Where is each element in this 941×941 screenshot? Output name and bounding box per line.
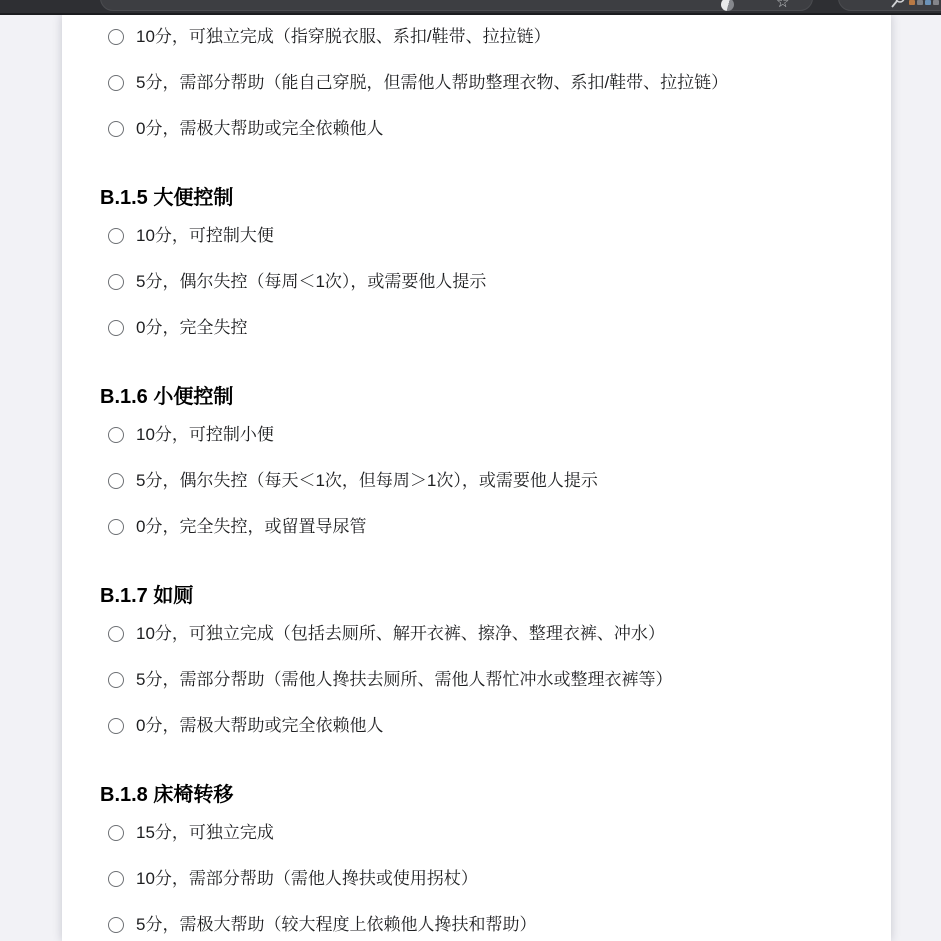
section-title: B.1.8 床椅转移 xyxy=(100,783,851,807)
question-section: B.1.6 小便控制 10分，可控制小便 5分，偶尔失控（每天＜1次，但每周＞1… xyxy=(100,385,851,538)
option-label: 5分，偶尔失控（每周＜1次），或需要他人提示 xyxy=(136,270,486,293)
browser-toolbar: ☆ xyxy=(0,0,941,15)
radio-button[interactable] xyxy=(108,825,124,841)
radio-button[interactable] xyxy=(108,473,124,489)
option-label: 5分，需极大帮助（较大程度上依赖他人搀扶和帮助） xyxy=(136,913,536,936)
option-label: 0分，需极大帮助或完全依赖他人 xyxy=(136,714,383,737)
option-row[interactable]: 10分，需部分帮助（需他人搀扶或使用拐杖） xyxy=(100,867,851,890)
option-label: 5分，需部分帮助（需他人搀扶去厕所、需他人帮忙冲水或整理衣裤等） xyxy=(136,668,672,691)
radio-button[interactable] xyxy=(108,626,124,642)
option-row[interactable]: 0分，需极大帮助或完全依赖他人 xyxy=(100,117,851,140)
option-label: 5分，偶尔失控（每天＜1次，但每周＞1次），或需要他人提示 xyxy=(136,469,598,492)
search-icon[interactable] xyxy=(890,0,906,14)
option-label: 10分，可独立完成（包括去厕所、解开衣裤、擦净、整理衣裤、冲水） xyxy=(136,622,665,645)
bookmark-star-icon[interactable]: ☆ xyxy=(776,0,789,10)
question-section: B.1.7 如厕 10分，可独立完成（包括去厕所、解开衣裤、擦净、整理衣裤、冲水… xyxy=(100,584,851,737)
option-label: 10分，可控制小便 xyxy=(136,423,274,446)
option-label: 15分，可独立完成 xyxy=(136,821,274,844)
option-row[interactable]: 0分，需极大帮助或完全依赖他人 xyxy=(100,714,851,737)
radio-button[interactable] xyxy=(108,75,124,91)
question-section: 10分，可独立完成（指穿脱衣服、系扣/鞋带、拉拉链） 5分，需部分帮助（能自己穿… xyxy=(100,25,851,140)
option-row[interactable]: 15分，可独立完成 xyxy=(100,821,851,844)
radio-button[interactable] xyxy=(108,320,124,336)
radio-button[interactable] xyxy=(108,672,124,688)
questionnaire-card: 10分，可独立完成（指穿脱衣服、系扣/鞋带、拉拉链） 5分，需部分帮助（能自己穿… xyxy=(62,15,891,941)
option-label: 0分，完全失控 xyxy=(136,316,247,339)
radio-button[interactable] xyxy=(108,274,124,290)
radio-button[interactable] xyxy=(108,718,124,734)
radio-button[interactable] xyxy=(108,121,124,137)
option-label: 5分，需部分帮助（能自己穿脱，但需他人帮助整理衣物、系扣/鞋带、拉拉链） xyxy=(136,71,728,94)
page-background: 10分，可独立完成（指穿脱衣服、系扣/鞋带、拉拉链） 5分，需部分帮助（能自己穿… xyxy=(0,15,941,941)
radio-button[interactable] xyxy=(108,427,124,443)
address-bar[interactable] xyxy=(100,0,813,11)
option-row[interactable]: 10分，可控制大便 xyxy=(100,224,851,247)
radio-button[interactable] xyxy=(108,519,124,535)
option-row[interactable]: 5分，需极大帮助（较大程度上依赖他人搀扶和帮助） xyxy=(100,913,851,936)
radio-button[interactable] xyxy=(108,29,124,45)
option-label: 10分，需部分帮助（需他人搀扶或使用拐杖） xyxy=(136,867,478,890)
radio-button[interactable] xyxy=(108,917,124,933)
option-row[interactable]: 10分，可控制小便 xyxy=(100,423,851,446)
option-row[interactable]: 5分，需部分帮助（能自己穿脱，但需他人帮助整理衣物、系扣/鞋带、拉拉链） xyxy=(100,71,851,94)
question-section: B.1.8 床椅转移 15分，可独立完成 10分，需部分帮助（需他人搀扶或使用拐… xyxy=(100,783,851,936)
option-row[interactable]: 10分，可独立完成（包括去厕所、解开衣裤、擦净、整理衣裤、冲水） xyxy=(100,622,851,645)
option-row[interactable]: 0分，完全失控，或留置导尿管 xyxy=(100,515,851,538)
option-label: 0分，完全失控，或留置导尿管 xyxy=(136,515,366,538)
option-row[interactable]: 0分，完全失控 xyxy=(100,316,851,339)
radio-button[interactable] xyxy=(108,228,124,244)
section-title: B.1.5 大便控制 xyxy=(100,186,851,210)
option-label: 10分，可独立完成（指穿脱衣服、系扣/鞋带、拉拉链） xyxy=(136,25,551,48)
option-label: 0分，需极大帮助或完全依赖他人 xyxy=(136,117,383,140)
option-row[interactable]: 5分，需部分帮助（需他人搀扶去厕所、需他人帮忙冲水或整理衣裤等） xyxy=(100,668,851,691)
option-row[interactable]: 5分，偶尔失控（每天＜1次，但每周＞1次），或需要他人提示 xyxy=(100,469,851,492)
radio-button[interactable] xyxy=(108,871,124,887)
clipped-tab-text xyxy=(909,0,941,5)
option-row[interactable]: 10分，可独立完成（指穿脱衣服、系扣/鞋带、拉拉链） xyxy=(100,25,851,48)
question-section: B.1.5 大便控制 10分，可控制大便 5分，偶尔失控（每周＜1次），或需要他… xyxy=(100,186,851,339)
option-row[interactable]: 5分，偶尔失控（每周＜1次），或需要他人提示 xyxy=(100,270,851,293)
section-title: B.1.7 如厕 xyxy=(100,584,851,608)
option-label: 10分，可控制大便 xyxy=(136,224,274,247)
section-title: B.1.6 小便控制 xyxy=(100,385,851,409)
